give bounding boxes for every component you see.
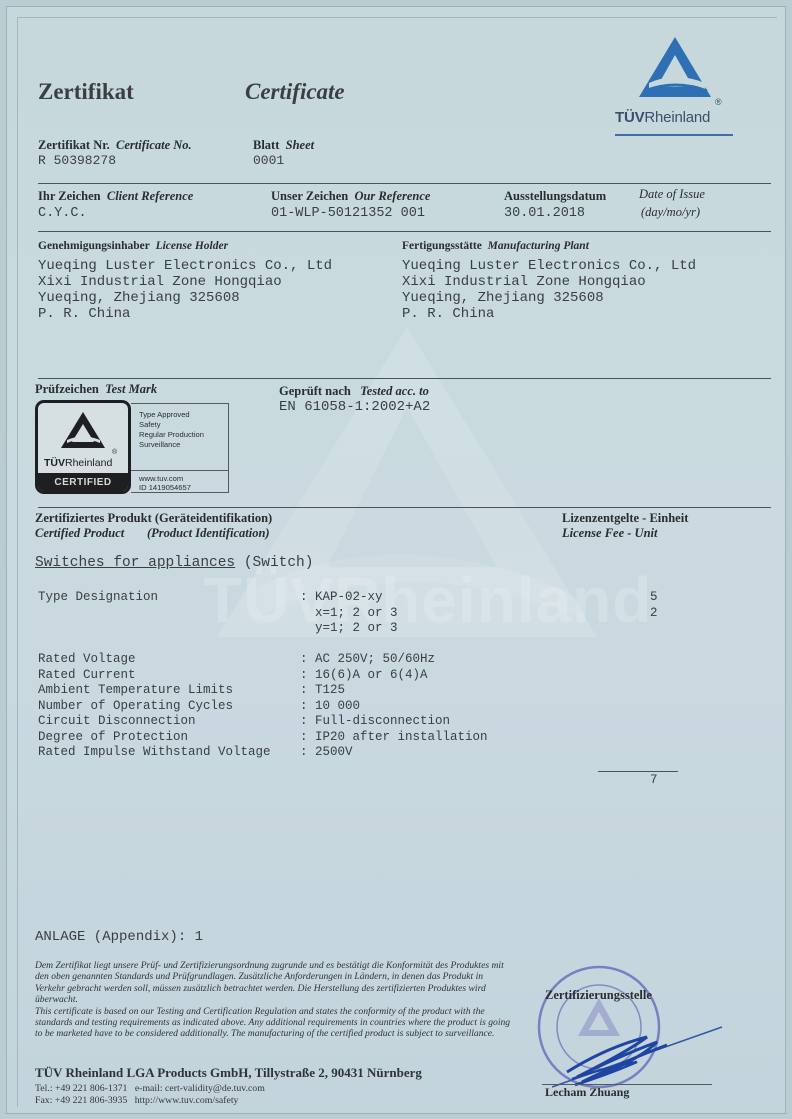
license-fee-label-en: License Fee - Unit [562, 526, 657, 541]
sheet-value: 0001 [253, 153, 284, 168]
certified-product-label-en: Certified Product [35, 526, 124, 541]
client-reference-label: Ihr Zeichen Client Reference [38, 189, 193, 204]
website-text: www.tuv.com [139, 474, 191, 483]
tuv-triangle-icon [60, 411, 106, 449]
spec-value: : 16(6)A or 6(4)A [300, 668, 428, 684]
spec-value: : T125 [300, 683, 345, 699]
certificate-no-label: Zertifikat Nr. Certificate No. [38, 138, 192, 153]
test-mark-contact: www.tuv.com ID 1419054657 [139, 474, 191, 492]
spec-key: Rated Impulse Withstand Voltage [38, 745, 300, 761]
product-name-main: Switches for appliances [35, 555, 235, 571]
scope-item: Surveillance [139, 440, 204, 450]
website-link[interactable]: http://www.tuv.com/safety [135, 1095, 239, 1106]
date-of-issue-label: Date of Issue [639, 187, 705, 202]
product-name: Switches for appliances (Switch) [35, 555, 313, 571]
tuv-triangle-icon [635, 35, 715, 99]
fee-value: 5 [650, 590, 658, 606]
brand-logo-underline [615, 134, 733, 136]
spec-key: Degree of Protection [38, 730, 300, 746]
manufacturing-plant-label: Fertigungsstätte Manufacturing Plant [402, 240, 589, 252]
manufacturing-plant-address: Yueqing Luster Electronics Co., Ltd Xixi… [402, 258, 696, 322]
spec-value: KAP-02-xy [315, 590, 383, 604]
badge-certified-label: CERTIFIED [38, 473, 128, 494]
date-format-hint: (day/mo/yr) [641, 205, 700, 220]
appendix-label: ANLAGE (Appendix): 1 [35, 929, 203, 945]
scope-item: Safety [139, 420, 204, 430]
product-identification-label: (Product Identification) [147, 526, 270, 541]
spec-row: Rated Impulse Withstand Voltage: 2500V [38, 745, 488, 761]
certificate-no-value: R 50398278 [38, 153, 116, 168]
license-fee-label-de: Lizenzentgelte - Einheit [562, 511, 688, 526]
spec-row: Degree of Protection: IP20 after install… [38, 730, 488, 746]
registered-mark: ® [112, 449, 117, 456]
spec-value: : 10 000 [300, 699, 360, 715]
address-line: Xixi Industrial Zone Hongqiao [38, 274, 332, 290]
certificate-page: TÜVRheinland Zertifikat Certificate ® TÜ… [6, 6, 786, 1114]
badge-brand-text: TÜVRheinland [44, 457, 112, 469]
divider [38, 378, 771, 379]
spec-value: y=1; 2 or 3 [315, 621, 398, 635]
license-fees: 5 2 [650, 590, 658, 621]
address-line: Yueqing Luster Electronics Co., Ltd [402, 258, 696, 274]
spec-key: Type Designation [38, 590, 300, 606]
license-holder-label: Genehmigungsinhaber License Holder [38, 240, 228, 252]
email-link[interactable]: e-mail: cert-validity@de.tuv.com [135, 1083, 265, 1094]
specifications-list: Rated Voltage: AC 250V; 50/60HzRated Cur… [38, 652, 488, 761]
registered-mark: ® [715, 97, 722, 107]
certificate-id: ID 1419054657 [139, 483, 191, 492]
fee-total-rule [598, 771, 678, 772]
test-mark-badge: ® TÜVRheinland CERTIFIED Type Approved S… [35, 400, 231, 495]
spec-value: : 2500V [300, 745, 353, 761]
issuer-company: TÜV Rheinland LGA Products GmbH, Tillyst… [35, 1065, 422, 1081]
tested-acc-label: Geprüft nach Tested acc. to [279, 384, 429, 399]
client-reference-value: C.Y.C. [38, 206, 87, 221]
spec-key: Rated Current [38, 668, 300, 684]
title-german: Zertifikat [38, 79, 134, 105]
address-line: Yueqing, Zhejiang 325608 [402, 290, 696, 306]
brand-logo-text-regular: Rheinland [644, 109, 710, 126]
spec-value: : Full-disconnection [300, 714, 450, 730]
product-name-suffix: (Switch) [244, 555, 314, 571]
our-reference-label: Unser Zeichen Our Reference [271, 189, 430, 204]
signatory-name: Lecham Zhuang [545, 1085, 629, 1100]
sheet-label: Blatt Sheet [253, 138, 314, 153]
spec-value: : AC 250V; 50/60Hz [300, 652, 435, 668]
issue-date-value: 30.01.2018 [504, 206, 585, 221]
spec-key: Ambient Temperature Limits [38, 683, 300, 699]
fee-value: 2 [650, 606, 658, 622]
divider [38, 183, 771, 184]
license-holder-address: Yueqing Luster Electronics Co., Ltd Xixi… [38, 258, 332, 322]
test-mark-label: Prüfzeichen Test Mark [35, 382, 157, 397]
spec-key: Number of Operating Cycles [38, 699, 300, 715]
disclaimer-english: This certificate is based on our Testing… [35, 1006, 515, 1040]
spec-row: Ambient Temperature Limits: T125 [38, 683, 488, 699]
disclaimer: Dem Zertifikat liegt unsere Prüf- und Ze… [35, 960, 515, 1040]
spec-key: Circuit Disconnection [38, 714, 300, 730]
test-mark-scopes: Type Approved Safety Regular Production … [139, 410, 204, 450]
address-line: Xixi Industrial Zone Hongqiao [402, 274, 696, 290]
brand-logo: ® TÜVRheinland [611, 35, 741, 145]
type-designation: Type Designation: KAP-02-xy x=1; 2 or 3 … [38, 590, 398, 637]
certified-badge: ® TÜVRheinland CERTIFIED [35, 400, 131, 494]
address-line: P. R. China [402, 306, 696, 322]
phone-number: Tel.: +49 221 806-1371 [35, 1083, 127, 1094]
spec-row: Rated Voltage: AC 250V; 50/60Hz [38, 652, 488, 668]
our-reference-value: 01-WLP-50121352 001 [271, 206, 425, 221]
spec-row: Circuit Disconnection: Full-disconnectio… [38, 714, 488, 730]
spec-key: Rated Voltage [38, 652, 300, 668]
issue-date-label: Ausstellungsdatum [504, 189, 606, 204]
divider [38, 507, 771, 508]
tested-standard-value: EN 61058-1:2002+A2 [279, 399, 430, 415]
scope-item: Regular Production [139, 430, 204, 440]
spec-value: : IP20 after installation [300, 730, 488, 746]
address-line: P. R. China [38, 306, 332, 322]
certified-product-label-de: Zertifiziertes Produkt (Geräteidentifika… [35, 511, 272, 526]
spec-row: Number of Operating Cycles: 10 000 [38, 699, 488, 715]
title-english: Certificate [245, 79, 345, 105]
divider [38, 231, 771, 232]
fee-total: 7 [650, 773, 658, 787]
certification-body-title: Zertifizierungsstelle [545, 988, 652, 1003]
spec-value: x=1; 2 or 3 [315, 606, 398, 620]
fax-number: Fax: +49 221 806-3935 [35, 1095, 127, 1106]
disclaimer-german: Dem Zertifikat liegt unsere Prüf- und Ze… [35, 960, 515, 1006]
address-line: Yueqing Luster Electronics Co., Ltd [38, 258, 332, 274]
scope-item: Type Approved [139, 410, 204, 420]
issuer-contact: Tel.: +49 221 806-1371 e-mail: cert-vali… [35, 1083, 265, 1106]
address-line: Yueqing, Zhejiang 325608 [38, 290, 332, 306]
brand-logo-text-bold: TÜV [615, 109, 644, 126]
test-mark-scope-box: Type Approved Safety Regular Production … [131, 403, 229, 493]
divider [131, 470, 228, 471]
spec-row: Rated Current: 16(6)A or 6(4)A [38, 668, 488, 684]
brand-logo-text: TÜVRheinland [615, 109, 710, 126]
